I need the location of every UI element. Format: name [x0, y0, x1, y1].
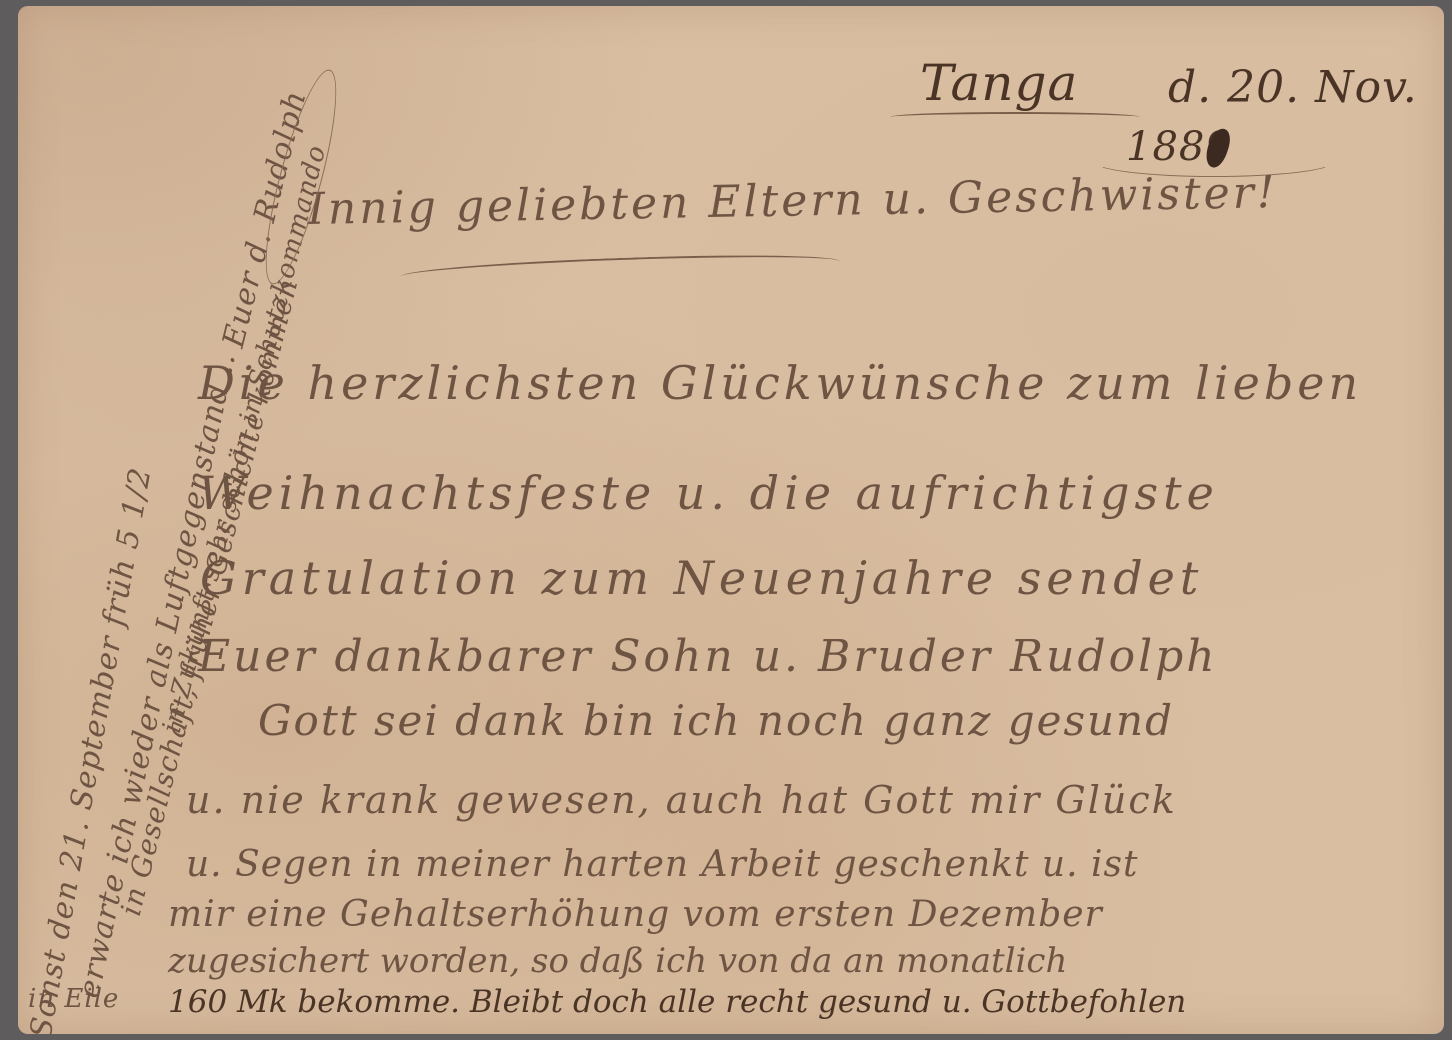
place-name: Tanga [920, 54, 1078, 112]
body-line-9: zugesichert worden, so daß ich von da an… [168, 941, 1067, 981]
body-line-3: Gratulation zum Neuenjahre sendet [200, 551, 1203, 605]
postcard: Tanga d. 20. Nov. 1889 Innig geliebten E… [18, 6, 1444, 1034]
salutation-underline [400, 250, 840, 287]
body-line-8: mir eine Gehaltserhöhung vom ersten Deze… [168, 894, 1103, 935]
bottom-left-note: in Eile [28, 984, 119, 1014]
body-line-1: Die herzlichsten Glückwünsche zum lieben [198, 356, 1362, 410]
body-line-7: u. Segen in meiner harten Arbeit geschen… [186, 844, 1138, 885]
body-line-5: Gott sei dank bin ich noch ganz gesund [258, 696, 1174, 745]
body-line-2: Weihnachtsfeste u. die aufrichtigste [198, 466, 1219, 520]
place-underline [890, 112, 1140, 122]
body-line-4: Euer dankbarer Sohn u. Bruder Rudolph [198, 631, 1218, 682]
body-line-10: 160 Mk bekomme. Bleibt doch alle recht g… [168, 984, 1186, 1020]
date-text: d. 20. Nov. [1168, 62, 1418, 113]
salutation: Innig geliebten Eltern u. Geschwister! [307, 167, 1278, 235]
scan-background: Tanga d. 20. Nov. 1889 Innig geliebten E… [0, 0, 1452, 1040]
body-line-6: u. nie krank gewesen, auch hat Gott mir … [186, 778, 1177, 822]
